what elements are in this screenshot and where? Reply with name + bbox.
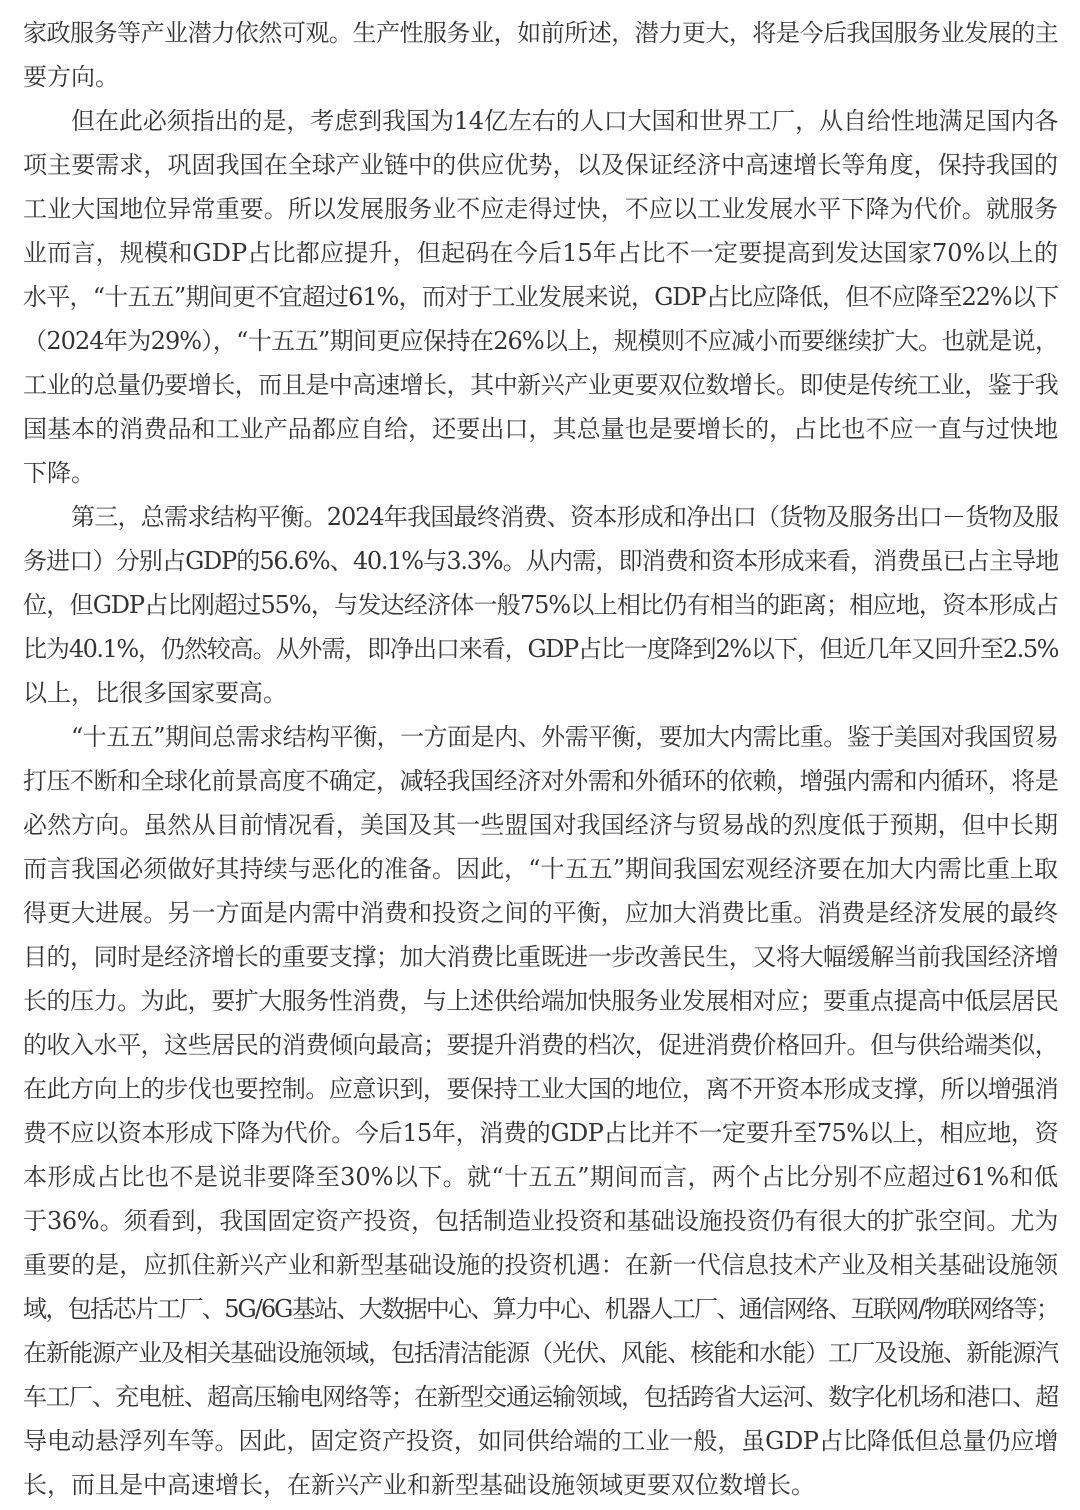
line-text: 打压不断和全球化前景高度不确定，减轻我国经济对外需和外循环的依赖，增强内需和内循… [23, 767, 1058, 795]
text-line: 要方向。 [23, 55, 1058, 99]
text-line: 域，包括芯片工厂、5G/6G基站、大数据中心、算力中心、机器人工厂、通信网络、互… [23, 1287, 1058, 1331]
text-line: 工业的总量仍要增长，而且是中高速增长，其中新兴产业更要双位数增长。即使是传统工业… [23, 363, 1058, 407]
text-line: “十五五”期间总需求结构平衡，一方面是内、外需平衡，要加大内需比重。鉴于美国对我… [23, 715, 1058, 759]
text-line: 水平，“十五五”期间更不宜超过61%，而对于工业发展来说，GDP占比应降低，但不… [23, 275, 1058, 319]
line-text: 必然方向。虽然从目前情况看，美国及其一些盟国对我国经济与贸易战的烈度低于预期，但… [23, 811, 1058, 839]
line-text: 费不应以资本形成下降为代价。今后15年，消费的GDP占比并不一定要升至75%以上… [23, 1119, 1058, 1147]
paragraph-continuation: 家政服务等产业潜力依然可观。生产性服务业，如前所述，潜力更大，将是今后我国服务业… [23, 11, 1058, 99]
text-line: 位，但GDP占比刚超过55%，与发达经济体一般75%以上相比仍有相当的距离；相应… [23, 583, 1058, 627]
line-text: 在此方向上的步伐也要控制。应意识到，要保持工业大国的地位，离不开资本形成支撑，所… [23, 1075, 1058, 1103]
text-line: 车工厂、充电桩、超高压输电网络等；在新型交通运输领域，包括跨省大运河、数字化机场… [23, 1375, 1058, 1419]
text-line: 打压不断和全球化前景高度不确定，减轻我国经济对外需和外循环的依赖，增强内需和内循… [23, 759, 1058, 803]
line-text: 务进口）分别占GDP的56.6%、40.1%与3.3%。从内需，即消费和资本形成… [23, 547, 1058, 575]
line-text: 比为40.1%，仍然较高。从外需，即净出口来看，GDP占比一度降到2%以下，但近… [23, 635, 1058, 663]
line-text: 但在此必须指出的是，考虑到我国为14亿左右的人口大国和世界工厂，从自给性地满足国… [71, 107, 1058, 135]
text-line: 但在此必须指出的是，考虑到我国为14亿左右的人口大国和世界工厂，从自给性地满足国… [23, 99, 1058, 143]
text-line: 下降。 [23, 451, 1058, 495]
line-text: “十五五”期间总需求结构平衡，一方面是内、外需平衡，要加大内需比重。鉴于美国对我… [71, 723, 1058, 751]
document-page: 家政服务等产业潜力依然可观。生产性服务业，如前所述，潜力更大，将是今后我国服务业… [23, 11, 1058, 1507]
text-line: 本形成占比也不是说非要降至30%以下。就“十五五”期间而言，两个占比分别不应超过… [23, 1155, 1058, 1199]
line-text: 工业大国地位异常重要。所以发展服务业不应走得过快，不应以工业发展水平下降为代价。… [23, 195, 1058, 223]
text-line: 在此方向上的步伐也要控制。应意识到，要保持工业大国的地位，离不开资本形成支撑，所… [23, 1067, 1058, 1111]
line-text: 的收入水平，这些居民的消费倾向最高；要提升消费的档次，促进消费价格回升。但与供给… [23, 1031, 1058, 1059]
text-line: 的收入水平，这些居民的消费倾向最高；要提升消费的档次，促进消费价格回升。但与供给… [23, 1023, 1058, 1067]
line-text: 而言我国必须做好其持续与恶化的准备。因此，“十五五”期间我国宏观经济要在加大内需… [23, 855, 1058, 883]
text-line: 比为40.1%，仍然较高。从外需，即净出口来看，GDP占比一度降到2%以下，但近… [23, 627, 1058, 671]
text-line: 长，而且是中高速增长，在新兴产业和新型基础设施领域更要双位数增长。 [23, 1463, 1058, 1507]
text-line: 家政服务等产业潜力依然可观。生产性服务业，如前所述，潜力更大，将是今后我国服务业… [23, 11, 1058, 55]
line-text: 下降。 [23, 459, 95, 487]
line-text: 位，但GDP占比刚超过55%，与发达经济体一般75%以上相比仍有相当的距离；相应… [23, 591, 1058, 619]
line-text: 水平，“十五五”期间更不宜超过61%，而对于工业发展来说，GDP占比应降低，但不… [23, 283, 1058, 311]
text-line: （2024年为29%），“十五五”期间更应保持在26%以上，规模则不应减小而要继… [23, 319, 1058, 363]
line-text: 家政服务等产业潜力依然可观。生产性服务业，如前所述，潜力更大，将是今后我国服务业… [23, 19, 1058, 47]
line-text: 长，而且是中高速增长，在新兴产业和新型基础设施领域更要双位数增长。 [23, 1471, 815, 1499]
text-line: 工业大国地位异常重要。所以发展服务业不应走得过快，不应以工业发展水平下降为代价。… [23, 187, 1058, 231]
line-text: 业而言，规模和GDP占比都应提升，但起码在今后15年占比不一定要提高到发达国家7… [23, 239, 1058, 267]
line-text: 导电动悬浮列车等。因此，固定资产投资，如同供给端的工业一般，虽GDP占比降低但总… [23, 1427, 1058, 1455]
line-text: 要方向。 [23, 63, 119, 91]
text-line: 务进口）分别占GDP的56.6%、40.1%与3.3%。从内需，即消费和资本形成… [23, 539, 1058, 583]
text-line: 必然方向。虽然从目前情况看，美国及其一些盟国对我国经济与贸易战的烈度低于预期，但… [23, 803, 1058, 847]
text-line: 重要的是，应抓住新兴产业和新型基础设施的投资机遇：在新一代信息技术产业及相关基础… [23, 1243, 1058, 1287]
text-line: 在新能源产业及相关基础设施领域，包括清洁能源（光伏、风能、核能和水能）工厂及设施… [23, 1331, 1058, 1375]
line-text: 第三，总需求结构平衡。2024年我国最终消费、资本形成和净出口（货物及服务出口－… [71, 503, 1058, 531]
paragraph-industry: 但在此必须指出的是，考虑到我国为14亿左右的人口大国和世界工厂，从自给性地满足国… [23, 99, 1058, 495]
line-text: 国基本的消费品和工业产品都应自给，还要出口，其总量也是要增长的，占比也不应一直与… [23, 415, 1058, 443]
paragraph-demand-structure: 第三，总需求结构平衡。2024年我国最终消费、资本形成和净出口（货物及服务出口－… [23, 495, 1058, 715]
line-text: 车工厂、充电桩、超高压输电网络等；在新型交通运输领域，包括跨省大运河、数字化机场… [23, 1383, 1058, 1411]
line-text: 本形成占比也不是说非要降至30%以下。就“十五五”期间而言，两个占比分别不应超过… [23, 1163, 1058, 1191]
text-line: 业而言，规模和GDP占比都应提升，但起码在今后15年占比不一定要提高到发达国家7… [23, 231, 1058, 275]
text-line: 目的，同时是经济增长的重要支撑；加大消费比重既进一步改善民生，又将大幅缓解当前我… [23, 935, 1058, 979]
text-line: 得更大进展。另一方面是内需中消费和投资之间的平衡，应加大消费比重。消费是经济发展… [23, 891, 1058, 935]
line-text: （2024年为29%），“十五五”期间更应保持在26%以上，规模则不应减小而要继… [23, 327, 1058, 355]
line-text: 于36%。须看到，我国固定资产投资，包括制造业投资和基础设施投资仍有很大的扩张空… [23, 1207, 1058, 1235]
text-line: 于36%。须看到，我国固定资产投资，包括制造业投资和基础设施投资仍有很大的扩张空… [23, 1199, 1058, 1243]
line-text: 目的，同时是经济增长的重要支撑；加大消费比重既进一步改善民生，又将大幅缓解当前我… [23, 943, 1058, 971]
line-text: 域，包括芯片工厂、5G/6G基站、大数据中心、算力中心、机器人工厂、通信网络、互… [23, 1295, 1058, 1323]
line-text: 项主要需求，巩固我国在全球产业链中的供应优势，以及保证经济中高速增长等角度，保持… [23, 151, 1058, 179]
line-text: 在新能源产业及相关基础设施领域，包括清洁能源（光伏、风能、核能和水能）工厂及设施… [23, 1339, 1058, 1367]
text-line: 以上，比很多国家要高。 [23, 671, 1058, 715]
line-text: 以上，比很多国家要高。 [23, 679, 287, 707]
text-line: 费不应以资本形成下降为代价。今后15年，消费的GDP占比并不一定要升至75%以上… [23, 1111, 1058, 1155]
text-line: 项主要需求，巩固我国在全球产业链中的供应优势，以及保证经济中高速增长等角度，保持… [23, 143, 1058, 187]
text-line: 而言我国必须做好其持续与恶化的准备。因此，“十五五”期间我国宏观经济要在加大内需… [23, 847, 1058, 891]
text-line: 第三，总需求结构平衡。2024年我国最终消费、资本形成和净出口（货物及服务出口－… [23, 495, 1058, 539]
text-line: 导电动悬浮列车等。因此，固定资产投资，如同供给端的工业一般，虽GDP占比降低但总… [23, 1419, 1058, 1463]
text-line: 长的压力。为此，要扩大服务性消费，与上述供给端加快服务业发展相对应；要重点提高中… [23, 979, 1058, 1023]
line-text: 长的压力。为此，要扩大服务性消费，与上述供给端加快服务业发展相对应；要重点提高中… [23, 987, 1058, 1015]
text-line: 国基本的消费品和工业产品都应自给，还要出口，其总量也是要增长的，占比也不应一直与… [23, 407, 1058, 451]
line-text: 工业的总量仍要增长，而且是中高速增长，其中新兴产业更要双位数增长。即使是传统工业… [23, 371, 1058, 399]
line-text: 重要的是，应抓住新兴产业和新型基础设施的投资机遇：在新一代信息技术产业及相关基础… [23, 1251, 1058, 1279]
line-text: 得更大进展。另一方面是内需中消费和投资之间的平衡，应加大消费比重。消费是经济发展… [23, 899, 1058, 927]
paragraph-fifteenth-plan: “十五五”期间总需求结构平衡，一方面是内、外需平衡，要加大内需比重。鉴于美国对我… [23, 715, 1058, 1507]
